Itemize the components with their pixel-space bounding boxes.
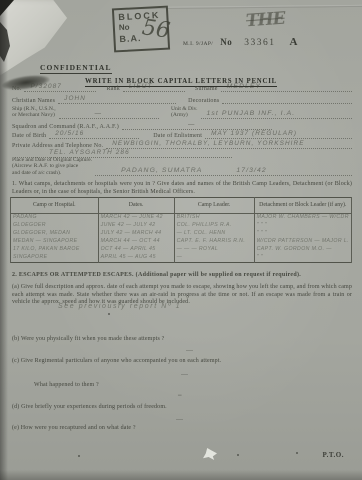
- camps-table: Camp or Hospital. Dates. Camp Leader. De…: [10, 197, 352, 263]
- question-2d-text: (d) Give briefly your experiences during…: [12, 404, 352, 412]
- cell-dates-4: MARCH 44 — OCT 44: [98, 238, 174, 246]
- cell-leader-4: CAPT. E. F. HARRIS R.N.: [174, 238, 254, 246]
- row-names-decorations: Christian Names JOHN Decorations: [12, 95, 352, 104]
- ship-field: —: [59, 110, 159, 119]
- surname-label: Surname: [195, 86, 218, 92]
- ship-label: Ship (R.N., U.S.N., or Merchant Navy): [12, 106, 56, 119]
- capture-field: PADANG, SUMATRA 17/3/42: [95, 167, 352, 176]
- header-camp-leader: Camp Leader.: [174, 198, 254, 214]
- camps-table-header-row: Camp or Hospital. Dates. Camp Leader. De…: [11, 198, 352, 214]
- cell-detachment-2: ″ ″ ″: [254, 222, 351, 230]
- unit-label-line2: (Army): [171, 112, 198, 118]
- decorations-label: Decorations: [188, 98, 219, 104]
- question-2c2-text: What happened to them ?: [34, 382, 334, 390]
- paper-blemish: [203, 448, 217, 460]
- bottom-edge-shadow: [0, 470, 362, 480]
- capture-label-line3: and date of a/c crash).: [12, 170, 92, 176]
- ref-suffix-letter: A: [289, 36, 297, 48]
- question-1-text: 1. What camps, detachments or hospitals …: [12, 181, 352, 196]
- table-row: PADANG MARCH 42 — JUNE 42 BRITISH MAJOR …: [11, 213, 352, 222]
- surname-field: MEDLEY: [221, 83, 352, 92]
- row-ship-unit: Ship (R.N., U.S.N., or Merchant Navy) — …: [12, 106, 352, 119]
- cell-leader-5: — — — ROYAL: [174, 246, 254, 254]
- table-row: MEDAN — SINGAPORE MARCH 44 — OCT 44 CAPT…: [11, 238, 352, 246]
- christian-names-label: Christian Names: [12, 98, 55, 104]
- enlistment-value: MAY 1937 (REGULAR): [205, 130, 299, 138]
- paper-crease: [140, 5, 362, 9]
- question-2d-answer: —: [176, 416, 183, 423]
- page-turn-over-note: P.T.O.: [323, 451, 344, 459]
- ref-number: 33361: [244, 38, 275, 48]
- cell-dates-5: OCT 44 — APRIL 45: [98, 246, 174, 254]
- pencil-scribble: THE: [245, 9, 285, 32]
- address-field: NEWBIGGIN, THORALBY, LEYBURN, YORKSHIRE: [106, 140, 352, 149]
- question-2b-answer: —: [186, 347, 193, 354]
- no-field: P/32087: [24, 83, 96, 92]
- cell-dates-1: MARCH 42 — JUNE 42: [98, 213, 174, 222]
- cell-leader-2: COL. PHILLIPS R.A.: [174, 222, 254, 230]
- speck: [78, 455, 80, 457]
- cell-camp-3: GLOEGOER, MEDAN: [11, 230, 99, 238]
- row-no-rank-surname: No. P/32087 Rank LIEUT Surname MEDLEY: [12, 83, 352, 92]
- reference-number-line: M.I. 9/JAP/ No 33361 A: [183, 36, 297, 48]
- ref-no-label: No: [220, 37, 232, 47]
- cell-leader-1: BRITISH: [174, 213, 254, 222]
- cell-detachment-5: CAPT. W. GORDON M.O. —: [254, 246, 351, 254]
- table-row: GLOEGOER JUNE 42 — JULY 42 COL. PHILLIPS…: [11, 222, 352, 230]
- table-row: 17 KILO, PAKAN BAROE OCT 44 — APRIL 45 —…: [11, 246, 352, 254]
- cell-camp-5: 17 KILO, PAKAN BAROE: [11, 246, 99, 254]
- squadron-value: —: [182, 121, 198, 129]
- capture-label: Place and Date of Original Capture. (Air…: [12, 157, 92, 176]
- ship-label-line2: or Merchant Navy): [12, 112, 56, 118]
- question-2e-text: (e) How were you recaptured and on what …: [12, 425, 352, 433]
- christian-names-field: JOHN: [58, 95, 176, 104]
- question-2b-text: (b) Were you physically fit when you mad…: [12, 336, 352, 344]
- dob-value: 20/5/16: [49, 130, 86, 138]
- cell-detachment-3: ″ ″ ″: [254, 230, 351, 238]
- question-2c2-answer: ═: [178, 393, 182, 399]
- capture-place-value: PADANG, SUMATRA: [115, 167, 204, 175]
- table-row: GLOEGOER, MEDAN JULY 42 — MARCH 44 — LT.…: [11, 230, 352, 238]
- no-value: P/32087: [24, 83, 64, 91]
- speck: [108, 313, 110, 315]
- enlistment-label: Date of Enlistment: [153, 133, 202, 139]
- unit-field: 1st PUNJAB INF., I.A.: [201, 110, 353, 119]
- decorations-field: [222, 95, 352, 104]
- row-capture: Place and Date of Original Capture. (Air…: [12, 157, 352, 176]
- enlistment-field: MAY 1937 (REGULAR): [205, 130, 352, 139]
- rank-value: LIEUT: [123, 83, 155, 91]
- cell-dates-2: JUNE 42 — JULY 42: [98, 222, 174, 230]
- rank-field: LIEUT: [123, 83, 185, 92]
- question-2-heading: 2. ESCAPES OR ATTEMPTED ESCAPES. (Additi…: [12, 272, 352, 280]
- cell-camp-2: GLOEGOER: [11, 222, 99, 230]
- speck: [296, 452, 298, 454]
- unit-value: 1st PUNJAB INF., I.A.: [201, 110, 298, 118]
- no-label: No.: [12, 86, 21, 92]
- header-camp-or-hospital: Camp or Hospital.: [11, 198, 99, 214]
- cell-dates-6: APRIL 45 — AUG 45: [98, 254, 174, 263]
- cell-detachment-1: MAJOR W. CHAMBERS — W/CDR: [254, 213, 351, 222]
- address-value: NEWBIGGIN, THORALBY, LEYBURN, YORKSHIRE: [106, 140, 306, 148]
- table-row: SINGAPORE APRIL 45 — AUG 45 — ″ ″: [11, 254, 352, 263]
- squadron-field: —: [122, 121, 272, 130]
- rank-label: Rank: [106, 86, 119, 92]
- question-2a-answer: See previously report Nº 1: [58, 303, 181, 310]
- christian-names-value: JOHN: [58, 95, 88, 103]
- dob-label: Date of Birth: [12, 133, 46, 139]
- cell-detachment-6: ″ ″: [254, 254, 351, 263]
- row-dob-enlistment: Date of Birth 20/5/16 Date of Enlistment…: [12, 130, 352, 139]
- header-detachment-leader: Detachment or Block Leader (if any).: [254, 198, 351, 214]
- surname-value: MEDLEY: [221, 83, 264, 91]
- decorations-value: [222, 102, 230, 103]
- row-squadron: Squadron and Command (R.A.F., A.A.F.) —: [12, 121, 272, 130]
- cell-leader-6: —: [174, 254, 254, 263]
- cell-camp-4: MEDAN — SINGAPORE: [11, 238, 99, 246]
- cell-leader-3: — LT. COL. HENN: [174, 230, 254, 238]
- ref-prefix: M.I. 9/JAP/: [183, 41, 213, 47]
- question-2c-answer: —: [181, 371, 188, 378]
- speck: [237, 454, 239, 456]
- telephone-value: TEL. AYSGARTH 286: [43, 149, 132, 157]
- cell-detachment-4: W/CDR PATTERSON — MAJOR L.: [254, 238, 351, 246]
- row-address: Private Address and Telephone No. NEWBIG…: [12, 140, 352, 149]
- handwritten-block-number: 56: [140, 15, 171, 44]
- ship-value: —: [89, 110, 105, 118]
- unit-label: Unit & Div. (Army): [171, 106, 198, 119]
- question-2c-text: (c) Give Regimental particulars of anyon…: [12, 358, 352, 366]
- pow-questionnaire-page: CONFIDENTIAL BLOCK No B.A. 56 M.I. 9/JAP…: [0, 0, 362, 480]
- cell-camp-6: SINGAPORE: [11, 254, 99, 263]
- cell-dates-3: JULY 42 — MARCH 44: [98, 230, 174, 238]
- dob-field: 20/5/16: [49, 130, 139, 139]
- capture-date-value: 17/3/42: [230, 167, 268, 175]
- header-dates: Dates.: [98, 198, 174, 214]
- cell-camp-1: PADANG: [11, 213, 99, 222]
